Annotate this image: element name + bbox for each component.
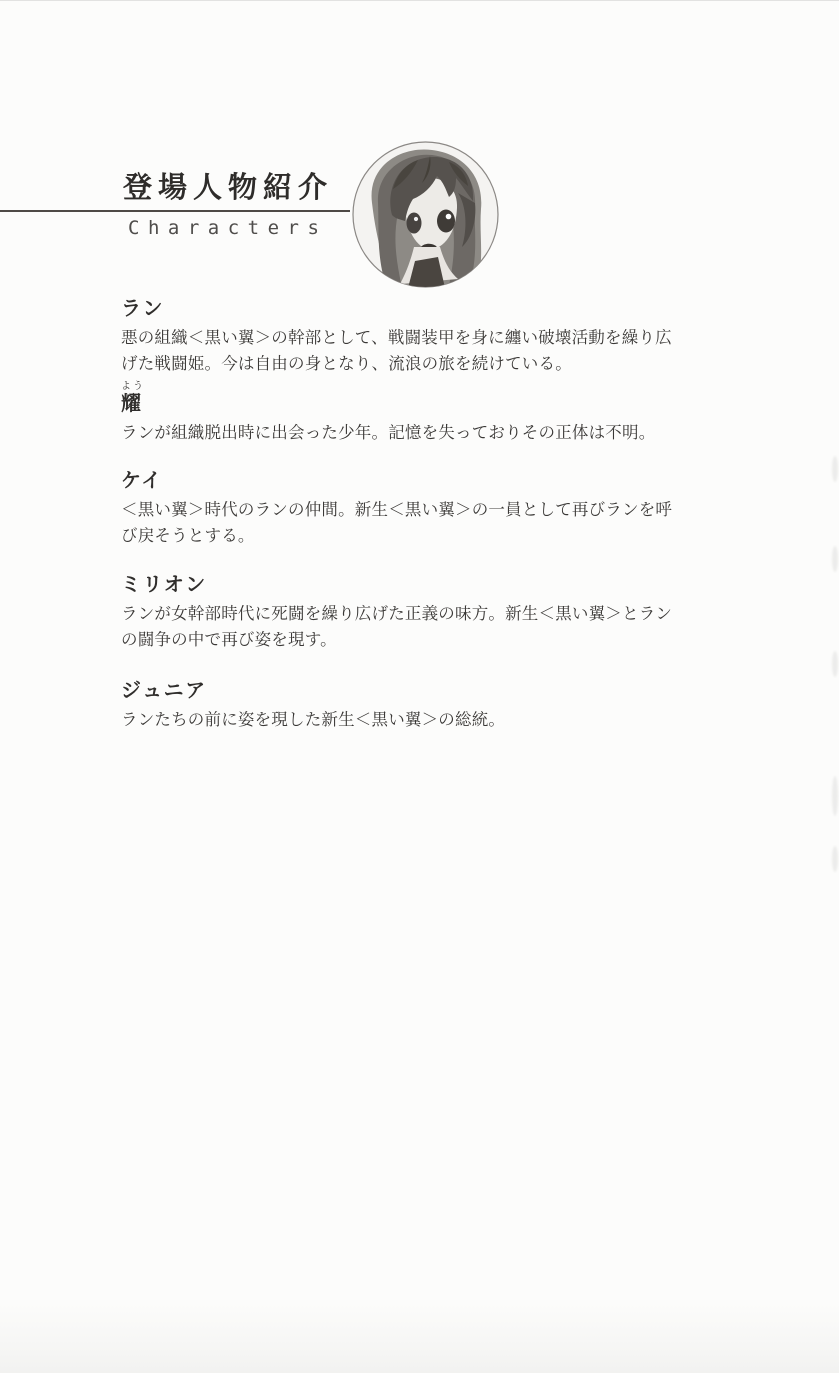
character-description-line: ランが組織脱出時に出会った少年。記憶を失っておりその正体は不明。	[121, 420, 721, 446]
character-description-line: 悪の組織＜黒い翼＞の幹部として、戦闘装甲を身に纏い破壊活動を繰り広	[121, 325, 721, 351]
scan-artifact	[832, 846, 838, 872]
character-name: 耀	[121, 392, 721, 416]
character-name: ケイ	[121, 469, 721, 493]
character-name: ミリオン	[121, 573, 721, 597]
character-entry: ジュニア ランたちの前に姿を現した新生＜黒い翼＞の総統。	[121, 679, 721, 733]
character-name: ジュニア	[121, 679, 721, 703]
character-description-line: ＜黒い翼＞時代のランの仲間。新生＜黒い翼＞の一員として再びランを呼	[121, 497, 721, 523]
book-page: 登場人物紹介 Characters	[0, 0, 839, 1373]
character-entry: ラン 悪の組織＜黒い翼＞の幹部として、戦闘装甲を身に纏い破壊活動を繰り広 げた戦…	[121, 297, 721, 377]
character-description-line: の闘争の中で再び姿を現す。	[121, 627, 721, 653]
scan-artifact	[832, 546, 838, 572]
character-entry: ミリオン ランが女幹部時代に死闘を繰り広げた正義の味方。新生＜黒い翼＞とラン の…	[121, 573, 721, 653]
character-description-line: ランたちの前に姿を現した新生＜黒い翼＞の総統。	[121, 707, 721, 733]
scan-artifact	[832, 651, 838, 677]
scan-artifact	[832, 776, 838, 816]
character-description-line: び戻そうとする。	[121, 523, 721, 549]
scan-artifact	[832, 456, 838, 482]
header-divider	[0, 210, 350, 212]
character-entry: ケイ ＜黒い翼＞時代のランの仲間。新生＜黒い翼＞の一員として再びランを呼 び戻そ…	[121, 469, 721, 549]
page-subtitle: Characters	[128, 217, 327, 239]
character-entry: よう 耀 ランが組織脱出時に出会った少年。記憶を失っておりその正体は不明。	[121, 381, 721, 446]
page-title: 登場人物紹介	[123, 171, 333, 205]
character-name: ラン	[121, 297, 721, 321]
furigana: よう	[121, 381, 721, 392]
character-description-line: ランが女幹部時代に死闘を繰り広げた正義の味方。新生＜黒い翼＞とラン	[121, 601, 721, 627]
character-description-line: げた戦闘姫。今は自由の身となり、流浪の旅を続けている。	[121, 351, 721, 377]
character-portrait-anime-girl-icon	[352, 141, 499, 288]
